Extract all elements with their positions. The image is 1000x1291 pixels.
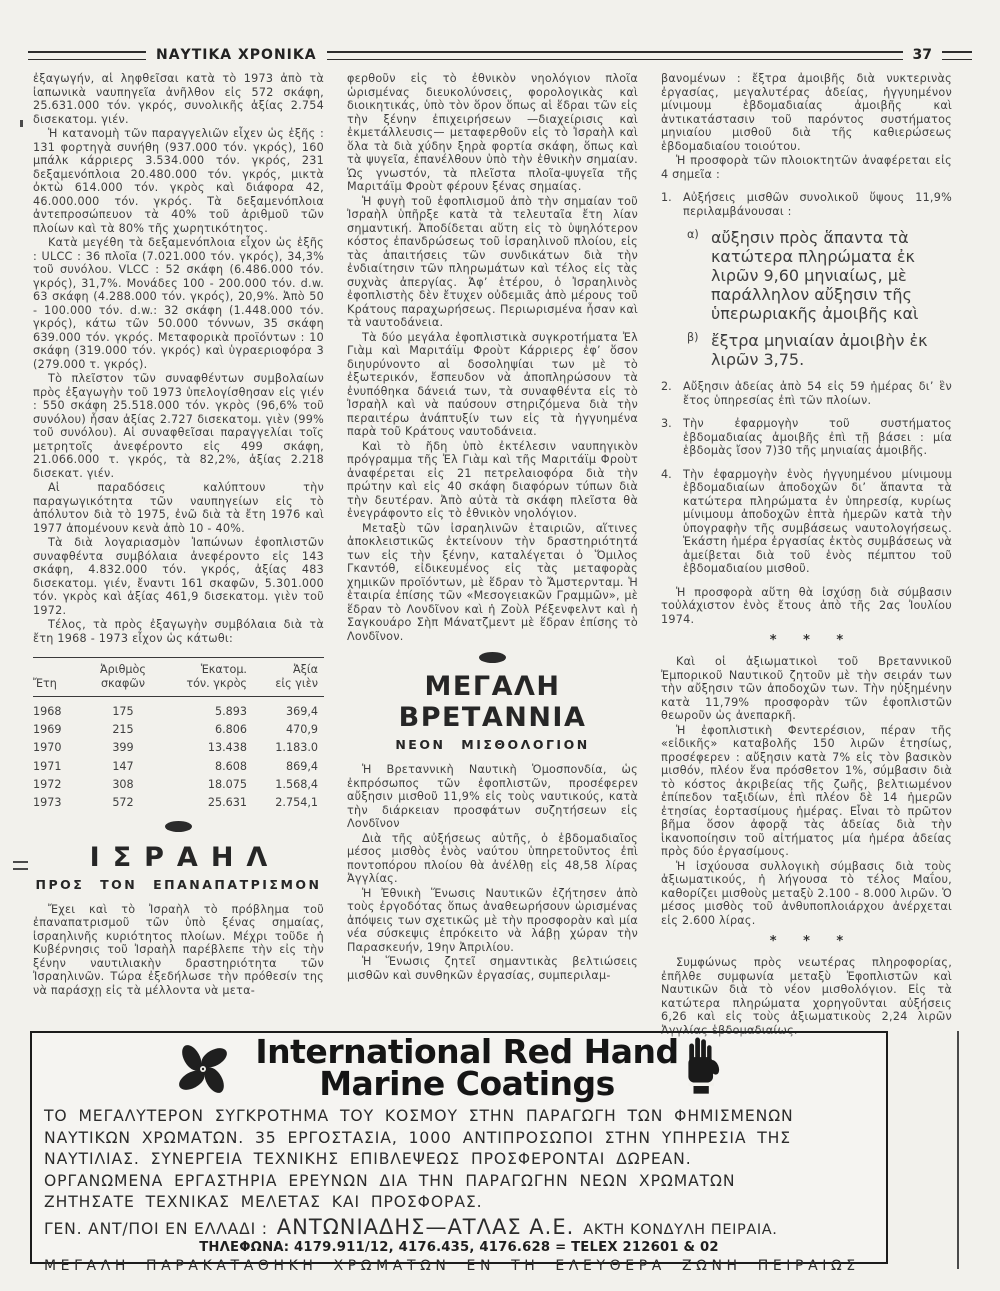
paragraph: Καὶ οἱ ἀξιωματικοὶ τοῦ Βρεταννικοῦ Ἐμπορ… <box>661 655 952 723</box>
scan-margin-mark <box>13 868 28 870</box>
list-item-text: Αὔξησιν ἀδείας ἀπὸ 54 εἰς 59 ἡμέρας δι’ … <box>683 380 952 407</box>
column-2: φερθοῦν εἰς τὸ ἐθνικὸν νηολόγιον πλοῖα ὡ… <box>347 72 638 1038</box>
cell-ships: 572 <box>89 793 157 811</box>
agent-prefix: ΓΕΝ. ΑΝΤ/ΠΟΙ ΕΝ ΕΛΛΑΔΙ : <box>44 1220 268 1238</box>
agent-name: ΑΝΤΩΝΙΑΔΗΣ—ΑΤΛΑΣ Α.Ε. <box>277 1215 575 1239</box>
paragraph: Μεταξὺ τῶν ἰσραηλινῶν ἑταιριῶν, αἵτινες … <box>347 522 638 644</box>
article-title-israel: ΙΣΡΑΗΛ <box>33 842 324 873</box>
table-row: 1968 175 5.893 369,4 <box>33 697 324 721</box>
paragraph: Αἱ παραδόσεις καλύπτουν τὴν παραγωγικότη… <box>33 481 324 535</box>
paragraph: Ἔχει καὶ τὸ Ἰσραὴλ τὸ πρόβλημα τοῦ ἐπανα… <box>33 903 324 998</box>
cell-tons: 25.631 <box>157 793 261 811</box>
article-subtitle-israel: ΠΡΟΣ ΤΟΝ ΕΠΑΝΑΠΑΤΡΙΣΜΟΝ <box>33 877 324 892</box>
masthead-title: ΝΑΥΤΙΚΑ ΧΡΟΝΙΚΑ <box>156 47 317 63</box>
cell-ships: 399 <box>89 739 157 757</box>
paragraph: Ἡ προσφορὰ αὕτη θὰ ἰσχύσῃ διὰ σύμβασιν τ… <box>661 586 952 627</box>
paragraph: Ἡ Βρεταννικὴ Ναυτικὴ Ὁμοσπονδία, ὡς ἐκπρ… <box>347 763 638 831</box>
paragraph: Ἡ Ἐθνικὴ Ἕνωσις Ναυτικῶν ἐζήτησεν ἀπὸ το… <box>347 887 638 955</box>
list-number: 1. <box>661 191 676 218</box>
cell-year: 1972 <box>33 775 89 793</box>
list-item-1: 1. Αὐξήσεις μισθῶν συνολικοῦ ὕψους 11,9%… <box>661 191 952 218</box>
sub-item-text: αὔξησιν πρὸς ἅπαντα τὰ κατώτερα πληρώματ… <box>711 228 952 323</box>
paragraph: Ἡ ἰσχύουσα συλλογικὴ σύμβασις διὰ τοὺς ἀ… <box>661 860 952 928</box>
header-rule-left <box>28 51 146 60</box>
cell-year: 1970 <box>33 739 89 757</box>
cell-value: 1.568,4 <box>261 775 324 793</box>
header-rule-main <box>327 51 903 60</box>
ad-bottom-line: ΜΕΓΑΛΗ ΠΑΡΑΚΑΤΑΘΗΚΗ ΧΡΩΜΑΤΩΝ ΕΝ ΤΗ ΕΛΕΥΘ… <box>32 1255 886 1274</box>
paragraph: φερθοῦν εἰς τὸ ἐθνικὸν νηολόγιον πλοῖα ὡ… <box>347 72 638 194</box>
col-header-years: Ἔτη <box>33 677 89 691</box>
cell-ships: 308 <box>89 775 157 793</box>
cell-tons: 5.893 <box>157 697 261 721</box>
paragraph: βανομένων : ἔξτρα ἀμοιβῆς διὰ νυκτερινὰς… <box>661 72 952 153</box>
ad-text-line: ΝΑΥΤΙΚΩΝ ΧΡΩΜΑΤΩΝ. 35 ΕΡΓΟΣΤΑΣΙΑ, 1000 Α… <box>32 1127 886 1149</box>
cell-tons: 13.438 <box>157 739 261 757</box>
page-header: ΝΑΥΤΙΚΑ ΧΡΟΝΙΚΑ 37 <box>28 46 972 64</box>
paragraph: ἐξαγωγήν, αἱ ληφθεῖσαι κατὰ τὸ 1973 ἀπὸ … <box>33 72 324 126</box>
sub-item-number: α) <box>687 228 704 323</box>
col-header-ships-1: Ἀριθμὸς <box>89 663 157 677</box>
paragraph: Τὸ πλεῖστον τῶν συναφθέντων συμβολαίων π… <box>33 372 324 480</box>
scan-edge-line <box>957 1031 959 1269</box>
scan-margin-mark <box>13 861 28 863</box>
cell-tons: 6.806 <box>157 721 261 739</box>
cell-value: 369,4 <box>261 697 324 721</box>
cell-ships: 175 <box>89 697 157 721</box>
list-item-4: 4. Τὴν ἐφαρμογὴν ἑνὸς ἠγγυημένου μίνιμου… <box>661 468 952 576</box>
cell-tons: 18.075 <box>157 775 261 793</box>
col-header-tons-1: Ἑκατομ. <box>157 663 247 677</box>
paragraph: Τὰ δύο μεγάλα ἐφοπλιστικὰ συγκροτήματα Ἐ… <box>347 331 638 439</box>
article-title-britain: ΜΕΓΑΛΗ ΒΡΕΤΑΝΝΙΑ <box>347 671 638 733</box>
article-columns: ἐξαγωγήν, αἱ ληφθεῖσαι κατὰ τὸ 1973 ἀπὸ … <box>33 72 953 1038</box>
sub-item-b: β) ἔξτρα μηνιαίαν ἀμοιβὴν ἐκ λιρῶν 3,75. <box>687 331 952 369</box>
cell-value: 470,9 <box>261 721 324 739</box>
paragraph: Κατὰ μεγέθη τὰ δεξαμενόπλοια εἶχον ὡς ἑξ… <box>33 236 324 371</box>
column-3: βανομένων : ἔξτρα ἀμοιβῆς διὰ νυκτερινὰς… <box>661 72 952 1038</box>
agent-address: ΑΚΤΗ ΚΟΝΔΥΛΗ ΠΕΙΡΑΙΑ. <box>583 1222 777 1238</box>
cell-year: 1968 <box>33 697 89 721</box>
cell-value: 869,4 <box>261 757 324 775</box>
list-number: 2. <box>661 380 676 407</box>
paragraph: Ἡ φυγὴ τοῦ ἐφοπλισμοῦ ἀπὸ τὴν σημαίαν το… <box>347 195 638 330</box>
cell-year: 1973 <box>33 793 89 811</box>
cell-tons: 8.608 <box>157 757 261 775</box>
cell-ships: 215 <box>89 721 157 739</box>
column-1: ἐξαγωγήν, αἱ ληφθεῖσαι κατὰ τὸ 1973 ἀπὸ … <box>33 72 324 1038</box>
exports-table-wrapper: Ἔτη Ἀριθμὸςσκαφῶν Ἑκατομ.τόν. γκρὸς Ἀξία… <box>33 657 324 812</box>
ad-text-line: ΟΡΓΑΝΩΜΕΝΑ ΕΡΓΑΣΤΗΡΙΑ ΕΡΕΥΝΩΝ ΔΙΑ ΤΗΝ ΠΑ… <box>32 1170 886 1192</box>
ad-text-line: ΖΗΤΗΣΑΤΕ ΤΕΧΝΙΚΑΣ ΜΕΛΕΤΑΣ ΚΑΙ ΠΡΟΣΦΟΡΑΣ. <box>32 1191 886 1213</box>
list-item-2: 2. Αὔξησιν ἀδείας ἀπὸ 54 εἰς 59 ἡμέρας δ… <box>661 380 952 407</box>
advertisement-red-hand: International Red Hand Marine Coatings Τ… <box>30 1031 888 1264</box>
article-subtitle-britain: ΝΕΟΝ ΜΙΣΘΟΛΟΓΙΟΝ <box>347 737 638 752</box>
list-item-text: Τὴν ἐφαρμογὴν τοῦ συστήματος ἑβδομαδιαία… <box>683 417 952 458</box>
table-row: 1970 399 13.438 1.183.0 <box>33 739 324 757</box>
col-header-value-2: εἰς γιὲν <box>261 677 318 691</box>
exports-table-header: Ἔτη Ἀριθμὸςσκαφῶν Ἑκατομ.τόν. γκρὸς Ἀξία… <box>33 658 324 697</box>
table-row: 1973 572 25.631 2.754,1 <box>33 793 324 811</box>
sub-item-number: β) <box>687 331 704 369</box>
paragraph: Ἡ προσφορὰ τῶν πλοιοκτητῶν ἀναφέρεται εἰ… <box>661 154 952 181</box>
cell-year: 1971 <box>33 757 89 775</box>
paragraph: Συμφώνως πρὸς νεωτέρας πληροφορίας, ἐπῆλ… <box>661 956 952 1037</box>
separator-oval-icon <box>165 821 192 832</box>
cell-value: 1.183.0 <box>261 739 324 757</box>
paragraph: Τὰ διὰ λογαριασμὸν Ἰαπώνων ἐφοπλιστῶν συ… <box>33 536 324 617</box>
paragraph: Ἡ Ἕνωσις ζητεῖ σημαντικὰς βελτιώσεις μισ… <box>347 955 638 982</box>
ad-title-line2: Marine Coatings <box>222 1068 712 1099</box>
sub-item-text: ἔξτρα μηνιαίαν ἀμοιβὴν ἐκ λιρῶν 3,75. <box>711 331 952 369</box>
list-item-text: Αὐξήσεις μισθῶν συνολικοῦ ὕψους 11,9% πε… <box>683 191 952 218</box>
ad-text-line: ΝΑΥΤΙΛΙΑΣ. ΣΥΝΕΡΓΕΙΑ ΤΕΧΝΙΚΗΣ ΕΠΙΒΛΕΨΕΩΣ… <box>32 1148 886 1170</box>
table-row: 1972 308 18.075 1.568,4 <box>33 775 324 793</box>
ad-phones-line: ΤΗΛΕΦΩΝΑ: 4179.911/12, 4176.435, 4176.62… <box>32 1240 886 1255</box>
ad-agent-line: ΓΕΝ. ΑΝΤ/ΠΟΙ ΕΝ ΕΛΛΑΔΙ : ΑΝΤΩΝΙΑΔΗΣ—ΑΤΛΑ… <box>32 1213 886 1239</box>
paragraph: Ἡ κατανομὴ τῶν παραγγελιῶν εἶχεν ὡς ἑξῆς… <box>33 127 324 235</box>
stars-separator: * * * <box>661 633 952 648</box>
ad-title-block: International Red Hand Marine Coatings <box>222 1035 712 1099</box>
list-item-text: Τὴν ἐφαρμογὴν ἑνὸς ἠγγυημένου μίνιμουμ ἑ… <box>683 468 952 576</box>
list-number: 4. <box>661 468 676 576</box>
scan-margin-mark <box>20 120 23 127</box>
paragraph: Τέλος, τὰ πρὸς ἐξαγωγὴν συμβόλαια διὰ τὰ… <box>33 618 324 645</box>
list-text: Αὐξήσεις μισθῶν συνολικοῦ ὕψους 11,9% πε… <box>683 191 952 218</box>
col-header-value-1: Ἀξία <box>261 663 318 677</box>
table-row: 1971 147 8.608 869,4 <box>33 757 324 775</box>
separator-oval-icon <box>479 652 506 663</box>
col-header-ships-2: σκαφῶν <box>89 677 157 691</box>
col-header-tons-2: τόν. γκρὸς <box>157 677 247 691</box>
red-hand-icon <box>684 1035 720 1107</box>
magazine-page-scan: ΝΑΥΤΙΚΑ ΧΡΟΝΙΚΑ 37 ἐξαγωγήν, αἱ ληφθεῖσα… <box>0 0 1000 1291</box>
ad-text-line: ΤΟ ΜΕΓΑΛΥΤΕΡΟΝ ΣΥΓΚΡΟΤΗΜΑ ΤΟΥ ΚΟΣΜΟΥ ΣΤΗ… <box>32 1105 886 1127</box>
paragraph: Καὶ τὸ ἤδη ὑπὸ ἐκτέλεσιν ναυπηγικὸν πρόγ… <box>347 440 638 521</box>
paragraph: Ἡ ἐφοπλιστικὴ Φεντερέσιον, πέραν τῆς «εἰ… <box>661 724 952 859</box>
list-number: 3. <box>661 417 676 458</box>
cell-value: 2.754,1 <box>261 793 324 811</box>
ad-header: International Red Hand Marine Coatings <box>32 1033 886 1105</box>
stars-separator: * * * <box>661 934 952 949</box>
cell-year: 1969 <box>33 721 89 739</box>
header-rule-right <box>942 51 972 60</box>
list-item-3: 3. Τὴν ἐφαρμογὴν τοῦ συστήματος ἑβδομαδι… <box>661 417 952 458</box>
paragraph: Διὰ τῆς αὐξήσεως αὐτῆς, ὁ ἑβδομαδιαῖος μ… <box>347 832 638 886</box>
page-number: 37 <box>913 47 932 63</box>
exports-table: Ἔτη Ἀριθμὸςσκαφῶν Ἑκατομ.τόν. γκρὸς Ἀξία… <box>33 657 324 812</box>
sub-item-a: α) αὔξησιν πρὸς ἅπαντα τὰ κατώτερα πληρώ… <box>687 228 952 323</box>
table-row: 1969 215 6.806 470,9 <box>33 721 324 739</box>
cell-ships: 147 <box>89 757 157 775</box>
